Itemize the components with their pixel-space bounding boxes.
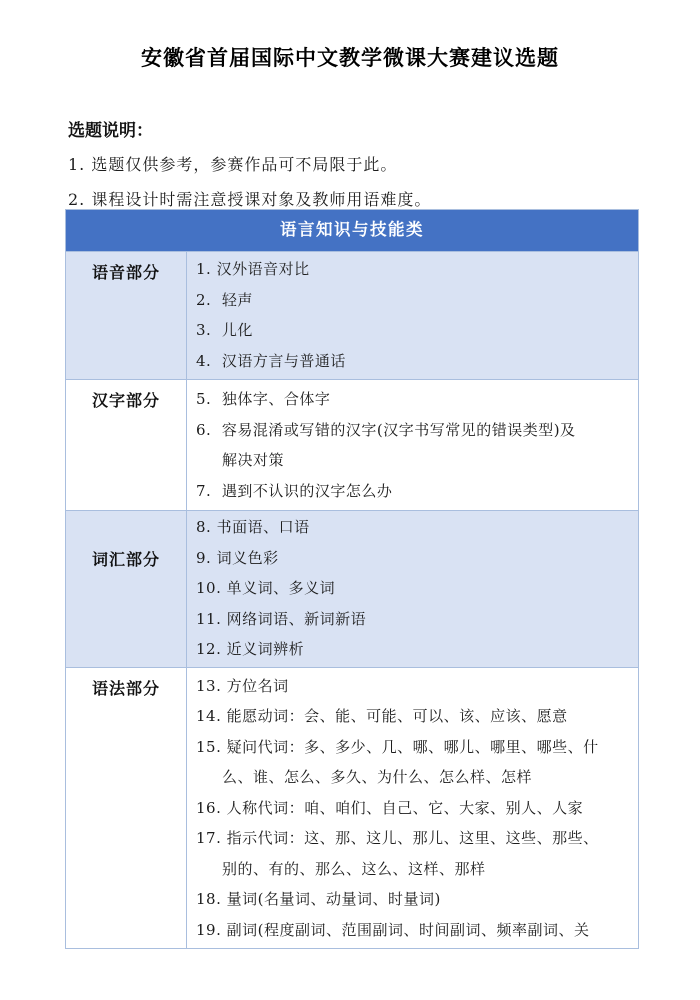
topic-item: 8. 书面语、口语	[196, 512, 632, 543]
table-row: 语音部分1. 汉外语音对比2. 轻声3. 儿化4. 汉语方言与普通话	[66, 251, 638, 379]
row-items-cell: 8. 书面语、口语9. 词义色彩10. 单义词、多义词11. 网络词语、新词新语…	[187, 511, 638, 667]
topic-item: 12. 近义词辨析	[196, 634, 632, 665]
table-row: 词汇部分8. 书面语、口语9. 词义色彩10. 单义词、多义词11. 网络词语、…	[66, 510, 638, 667]
intro-note: 1. 选题仅供参考，参赛作品可不局限于此。	[68, 154, 700, 176]
topic-item: 13. 方位名词	[196, 671, 632, 702]
row-items-cell: 1. 汉外语音对比2. 轻声3. 儿化4. 汉语方言与普通话	[187, 252, 638, 379]
topic-item: 5. 独体字、合体字	[196, 384, 632, 415]
intro-section: 选题说明： 1. 选题仅供参考，参赛作品可不局限于此。2. 课程设计时需注意授课…	[68, 116, 700, 211]
intro-heading: 选题说明：	[68, 116, 700, 141]
topic-item: 1. 汉外语音对比	[196, 254, 632, 285]
topic-item: 15. 疑问代词：多、多少、几、哪、哪儿、哪里、哪些、什 么、谁、怎么、多久、为…	[196, 732, 632, 793]
table-row: 汉字部分5. 独体字、合体字6. 容易混淆或写错的汉字(汉字书写常见的错误类型)…	[66, 379, 638, 510]
topic-item: 11. 网络词语、新词新语	[196, 604, 632, 635]
topic-item: 18. 量词(名量词、动量词、时量词)	[196, 884, 632, 915]
topic-item: 16. 人称代词：咱、咱们、自己、它、大家、别人、人家	[196, 793, 632, 824]
topic-item: 3. 儿化	[196, 315, 632, 346]
topic-item: 4. 汉语方言与普通话	[196, 346, 632, 377]
table-row: 语法部分13. 方位名词14. 能愿动词：会、能、可能、可以、该、应该、愿意15…	[66, 667, 638, 949]
row-category-label: 汉字部分	[66, 380, 187, 510]
topic-item: 6. 容易混淆或写错的汉字(汉字书写常见的错误类型)及 解决对策	[196, 415, 632, 476]
table-category-header: 语言知识与技能类	[66, 210, 638, 251]
topic-item: 17. 指示代词：这、那、这儿、那儿、这里、这些、那些、 别的、有的、那么、这么…	[196, 823, 632, 884]
intro-note: 2. 课程设计时需注意授课对象及教师用语难度。	[68, 189, 700, 211]
topic-table: 语言知识与技能类 语音部分1. 汉外语音对比2. 轻声3. 儿化4. 汉语方言与…	[65, 209, 639, 949]
table-body: 语音部分1. 汉外语音对比2. 轻声3. 儿化4. 汉语方言与普通话汉字部分5.…	[66, 251, 638, 948]
document-page: 安徽省首届国际中文教学微课大赛建议选题 选题说明： 1. 选题仅供参考，参赛作品…	[0, 0, 700, 1000]
row-category-label: 语音部分	[66, 252, 187, 379]
topic-item: 10. 单义词、多义词	[196, 573, 632, 604]
page-title: 安徽省首届国际中文教学微课大赛建议选题	[0, 0, 700, 72]
topic-item: 2. 轻声	[196, 285, 632, 316]
topic-item: 19. 副词(程度副词、范围副词、时间副词、频率副词、关	[196, 915, 632, 946]
row-category-label: 词汇部分	[66, 511, 187, 667]
row-items-cell: 13. 方位名词14. 能愿动词：会、能、可能、可以、该、应该、愿意15. 疑问…	[187, 668, 638, 949]
topic-item: 9. 词义色彩	[196, 543, 632, 574]
intro-notes: 1. 选题仅供参考，参赛作品可不局限于此。2. 课程设计时需注意授课对象及教师用…	[68, 154, 700, 211]
row-category-label: 语法部分	[66, 668, 187, 949]
row-items-cell: 5. 独体字、合体字6. 容易混淆或写错的汉字(汉字书写常见的错误类型)及 解决…	[187, 380, 638, 510]
topic-item: 7. 遇到不认识的汉字怎么办	[196, 476, 632, 507]
topic-item: 14. 能愿动词：会、能、可能、可以、该、应该、愿意	[196, 701, 632, 732]
